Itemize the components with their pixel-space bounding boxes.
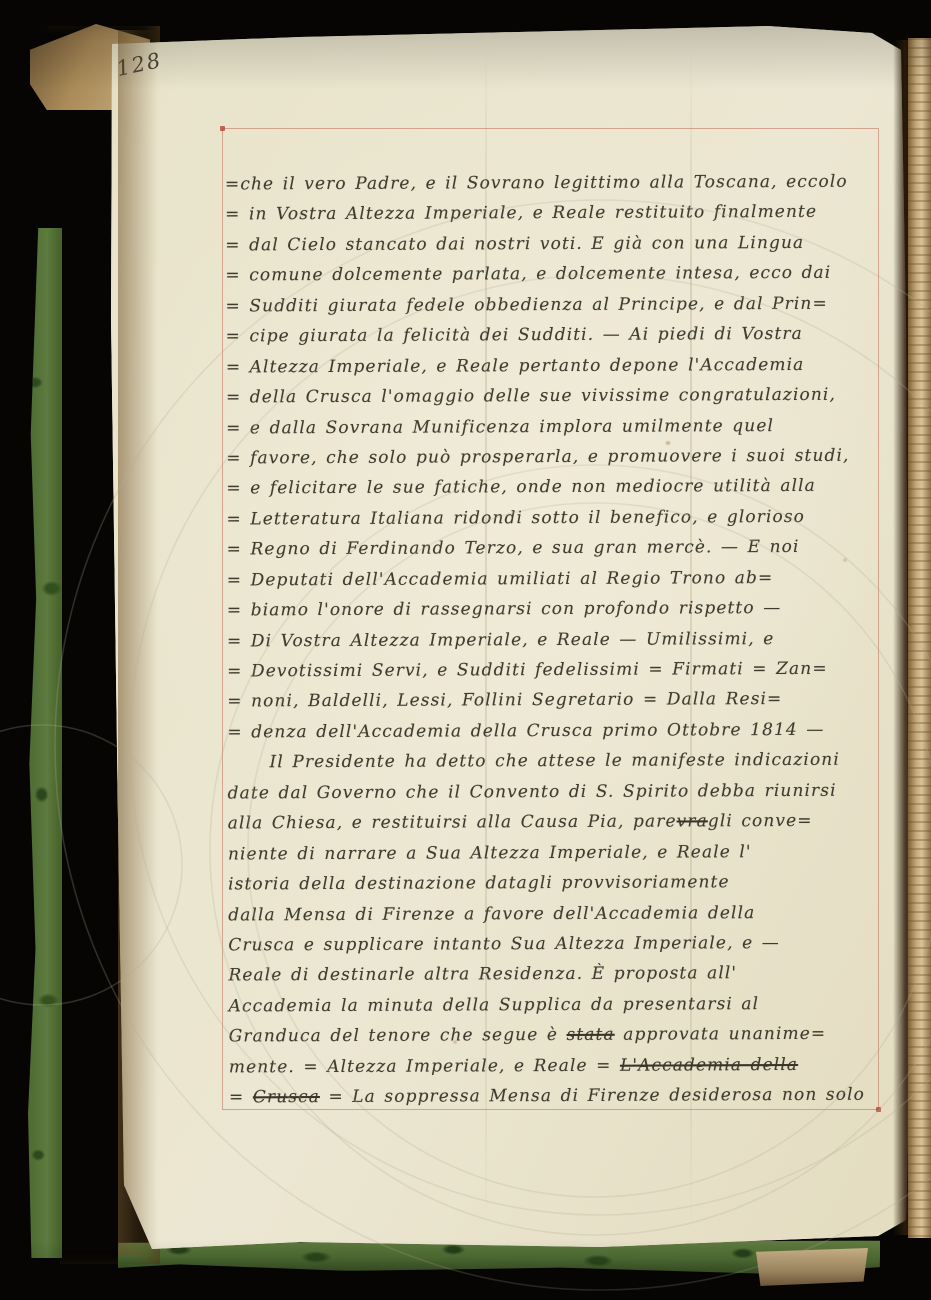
manuscript-line: niente di narrare a Sua Altezza Imperial… [228, 838, 888, 871]
handwritten-text: niente di narrare a Sua Altezza Imperial… [228, 842, 752, 864]
handwritten-text: = biamo l'onore di rassegnarsi con profo… [227, 598, 782, 620]
handwritten-text: alla Chiesa, e restituirsi alla Causa Pi… [228, 812, 677, 834]
handwritten-text: istoria della destinazione datagli provv… [228, 872, 730, 894]
manuscript-line: = Di Vostra Altezza Imperiale, e Reale —… [227, 625, 887, 658]
handwritten-text: date dal Governo che il Convento di S. S… [228, 781, 837, 804]
manuscript-line: = cipe giurata la felicità dei Sudditi. … [226, 321, 886, 354]
manuscript-line: = Letteratura Italiana ridondi sotto il … [226, 503, 886, 536]
manuscript-line: = Deputati dell'Accademia umiliati al Re… [227, 564, 887, 597]
handwritten-text: = denza dell'Accademia della Crusca prim… [227, 720, 824, 743]
handwritten-text: = dal Cielo stancato dai nostri voti. E … [225, 233, 804, 256]
manuscript-photo: 128 =che il vero Padre, e il Sovrano leg… [0, 0, 931, 1300]
manuscript-line: date dal Governo che il Convento di S. S… [228, 777, 888, 810]
handwritten-text: gli conve= [708, 811, 813, 831]
manuscript-line: = Devotissimi Servi, e Sudditi fedelissi… [227, 656, 887, 689]
handwritten-text: = [229, 1087, 253, 1107]
handwritten-text: dalla Mensa di Firenze a favore dell'Acc… [228, 903, 755, 925]
manuscript-line: mente. = Altezza Imperiale, e Reale = L'… [229, 1051, 889, 1084]
handwritten-text: = e felicitare le sue fatiche, onde non … [226, 476, 816, 499]
strikethrough-text: vra [677, 812, 708, 832]
page-stack-shadow [118, 30, 158, 1256]
handwritten-text: = La soppressa Mensa di Firenze desidero… [320, 1085, 865, 1107]
book-block-right-edge [908, 38, 931, 1238]
manuscript-line: = e dalla Sovrana Munificenza implora um… [226, 412, 886, 445]
handwritten-text: = Deputati dell'Accademia umiliati al Re… [227, 568, 774, 590]
manuscript-line: = della Crusca l'omaggio delle sue vivis… [226, 382, 886, 415]
manuscript-line: = biamo l'onore di rassegnarsi con profo… [227, 595, 887, 628]
handwritten-text: = favore, che solo può prosperarla, e pr… [226, 446, 849, 469]
manuscript-line: = Altezza Imperiale, e Reale pertanto de… [226, 351, 886, 384]
manuscript-lines: =che il vero Padre, e il Sovrano legitti… [225, 169, 889, 1115]
manuscript-line: Crusca e supplicare intanto Sua Altezza … [228, 929, 888, 962]
strikethrough-text: L'Accademia della [620, 1055, 798, 1076]
manuscript-line: = Crusca = La soppressa Mensa di Firenze… [229, 1082, 889, 1115]
strikethrough-text: stata [566, 1025, 614, 1045]
handwritten-text: = Altezza Imperiale, e Reale pertanto de… [226, 355, 805, 378]
handwritten-text: = cipe giurata la felicità dei Sudditi. … [226, 324, 803, 347]
manuscript-line: = noni, Baldelli, Lessi, Follini Segreta… [227, 686, 887, 719]
handwritten-text: mente. = Altezza Imperiale, e Reale = [229, 1055, 620, 1077]
manuscript-line: = dal Cielo stancato dai nostri voti. E … [225, 229, 885, 262]
handwritten-text: = della Crusca l'omaggio delle sue vivis… [226, 385, 836, 408]
manuscript-line: Reale di destinarle altra Residenza. È p… [228, 960, 888, 993]
handwritten-text: Reale di destinarle altra Residenza. È p… [228, 964, 737, 986]
handwritten-text: approvata unanime= [615, 1024, 827, 1045]
manuscript-line: = Sudditi giurata fedele obbedienza al P… [225, 290, 885, 323]
strikethrough-text: Crusca [253, 1087, 320, 1107]
manuscript-line: Accademia la minuta della Supplica da pr… [229, 990, 889, 1023]
handwritten-text: Il Presidente ha detto che attese le man… [269, 750, 839, 772]
manuscript-line: istoria della destinazione datagli provv… [228, 869, 888, 902]
manuscript-line: = favore, che solo può prosperarla, e pr… [226, 442, 886, 475]
handwritten-text: = Devotissimi Servi, e Sudditi fedelissi… [227, 659, 828, 682]
handwritten-text: Crusca e supplicare intanto Sua Altezza … [228, 933, 780, 955]
handwritten-text: = Letteratura Italiana ridondi sotto il … [226, 507, 805, 530]
handwritten-text: = e dalla Sovrana Munificenza implora um… [226, 416, 774, 438]
manuscript-line: =che il vero Padre, e il Sovrano legitti… [225, 169, 885, 202]
photo-fade-bottom [0, 1240, 931, 1300]
handwritten-text: = comune dolcemente parlata, e dolcement… [225, 263, 831, 286]
handwritten-text: = noni, Baldelli, Lessi, Follini Segreta… [227, 689, 782, 711]
manuscript-line: Il Presidente ha detto che attese le man… [227, 747, 887, 780]
handwritten-text: = in Vostra Altezza Imperiale, e Reale r… [225, 202, 817, 225]
handwritten-text: = Di Vostra Altezza Imperiale, e Reale —… [227, 629, 774, 651]
manuscript-line: Granduca del tenore che segue è stata ap… [229, 1021, 889, 1054]
manuscript-line: = e felicitare le sue fatiche, onde non … [226, 473, 886, 506]
manuscript-line: alla Chiesa, e restituirsi alla Causa Pi… [228, 808, 888, 841]
handwritten-text: =che il vero Padre, e il Sovrano legitti… [225, 172, 848, 195]
manuscript-line: = denza dell'Accademia della Crusca prim… [227, 716, 887, 749]
photo-fade-top [0, 0, 931, 90]
handwritten-text: = Regno di Ferdinando Terzo, e sua gran … [227, 537, 800, 559]
handwritten-text: = Sudditi giurata fedele obbedienza al P… [225, 294, 827, 317]
manuscript-line: = Regno di Ferdinando Terzo, e sua gran … [227, 534, 887, 567]
handwritten-text: Granduca del tenore che segue è [229, 1025, 567, 1046]
manuscript-line: = in Vostra Altezza Imperiale, e Reale r… [225, 199, 885, 232]
frame-corner-mark [220, 126, 225, 131]
handwritten-text: Accademia la minuta della Supplica da pr… [229, 994, 760, 1016]
manuscript-line: dalla Mensa di Firenze a favore dell'Acc… [228, 899, 888, 932]
manuscript-line: = comune dolcemente parlata, e dolcement… [225, 260, 885, 293]
